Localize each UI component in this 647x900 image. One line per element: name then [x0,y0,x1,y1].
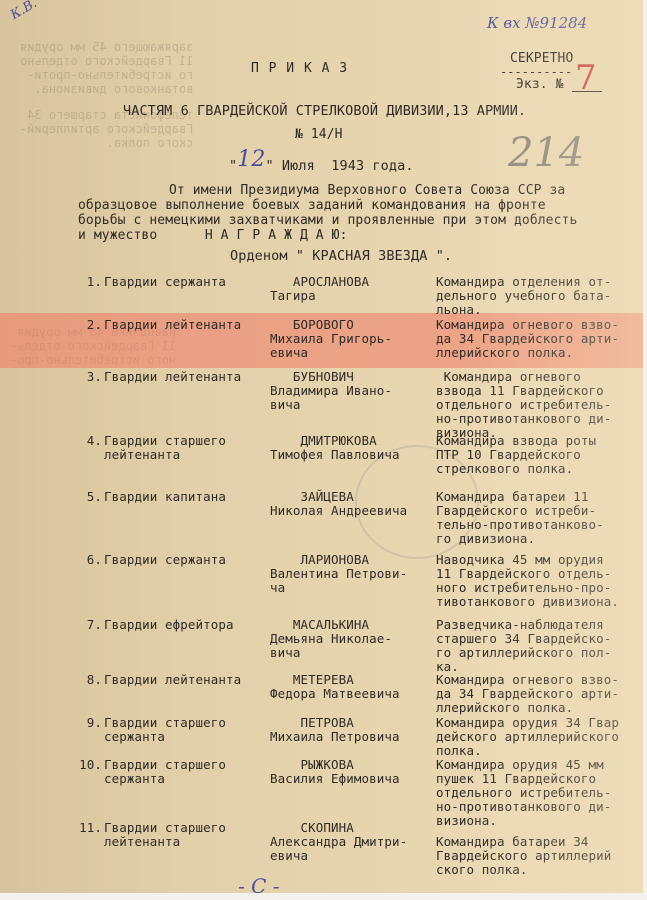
row-number: 11. [62,821,102,835]
copy-number: 7 [575,58,597,98]
position: Командира батареи 34 Гвардейского артилл… [436,821,611,877]
secrecy-label: СЕКРЕТНО [510,52,573,66]
rank: Гвардии старшего лейтенанта [104,434,226,462]
row-number: 5. [62,490,102,504]
position: Командира орудия 34 Гвар дейского артилл… [436,716,619,758]
awardee-name: МЕТЕРЕВА Федора Матвеевича [270,673,400,701]
rank: Гвардии капитана [104,490,226,504]
rank: Гвардии старшего лейтенанта [104,821,226,849]
archive-note: К вх №91284 [487,14,587,32]
preamble-line: борьбы с немецкими захватчиками и проявл… [78,214,577,228]
corner-note: К.В. [8,0,40,23]
position: Разведчика-наблюдателя старшего 34 Гвард… [436,618,611,674]
date-line: "12" Июля 1943 года. [229,157,414,173]
row-number: 6. [62,553,102,567]
awardee-name: ЛАРИОНОВА Валентина Петрови- ча [270,553,407,595]
position: Командира орудия 45 мм пушек 11 Гвардейс… [436,758,611,828]
row-number: 4. [62,434,102,448]
position: Командира отделения от- дельного учебног… [436,275,611,317]
position: Командира взвода роты ПТР 10 Гвардейског… [436,434,596,476]
awardee-name: АРОСЛАНОВА Тагира [270,275,369,303]
awardee-name: СКОПИНА Александра Дмитри- евича [270,821,407,863]
page-title: П Р И К А З [251,62,348,76]
awardee-name: ДМИТРЮКОВА Тимофея Павловича [270,434,400,462]
awardee-name: МАСАЛЬКИНА Демьяна Николае- вича [270,618,392,660]
position: Наводчика 45 мм орудия 11 Гвардейского о… [436,553,619,609]
row-number: 10. [62,758,102,772]
rank: Гвардии ефрейтора [104,618,234,632]
rank: Гвардии лейтенанта [104,673,241,687]
preamble-line: От имени Президиума Верховного Совета Со… [169,184,565,198]
row-number: 8. [62,673,102,687]
row-number: 3. [62,370,102,384]
rank: Гвардии старшего сержанта [104,758,226,786]
footer-mark: - С - [238,874,280,893]
rank: Гвардии лейтенанта [104,318,241,332]
awardee-name: БОРОВОГО Михаила Григорь- евича [270,318,392,360]
date-day: 12 [237,147,265,172]
awardee-name: ЗАЙЦЕВА Николая Андреевича [270,490,407,518]
document-page: заряжающего 45 мм орудия 11 Гвардейского… [0,0,643,893]
rank: Гвардии лейтенанта [104,370,241,384]
bleed-through-text: заряжающего 45 мм орудия 11 Гвардейского… [20,40,193,96]
position: Командира огневого взво- да 34 Гвардейск… [436,318,619,360]
position: Командира огневого взвода 11 Гвардейског… [436,370,611,440]
rank: Гвардии сержанта [104,275,226,289]
position: Командира батареи 11 Гвардейского истреб… [436,490,604,546]
row-number: 9. [62,716,102,730]
preamble-line: и мужество Н А Г Р А Ж Д А Ю: [78,229,348,243]
awardee-name: РЫЖКОВА Василия Ефимовича [270,758,400,786]
pencil-number: 214 [508,130,584,176]
order-number: № 14/Н [295,128,343,142]
preamble-line: образцовое выполнение боевых заданий ком… [78,199,546,213]
position: Командира огневого взво- да 34 Гвардейск… [436,673,619,715]
row-number: 2. [62,318,102,332]
awardee-name: ПЕТРОВА Михаила Петровича [270,716,400,744]
rank: Гвардии сержанта [104,553,226,567]
award-name: Орденом " КРАСНАЯ ЗВЕЗДА ". [230,249,452,263]
awardee-name: БУБНОВИЧ Владимира Ивано- вича [270,370,392,412]
addressee: ЧАСТЯМ 6 ГВАРДЕЙСКОЙ СТРЕЛКОВОЙ ДИВИЗИИ,… [123,104,526,118]
rank: Гвардии старшего сержанта [104,716,226,744]
row-number: 1. [62,275,102,289]
row-number: 7. [62,618,102,632]
